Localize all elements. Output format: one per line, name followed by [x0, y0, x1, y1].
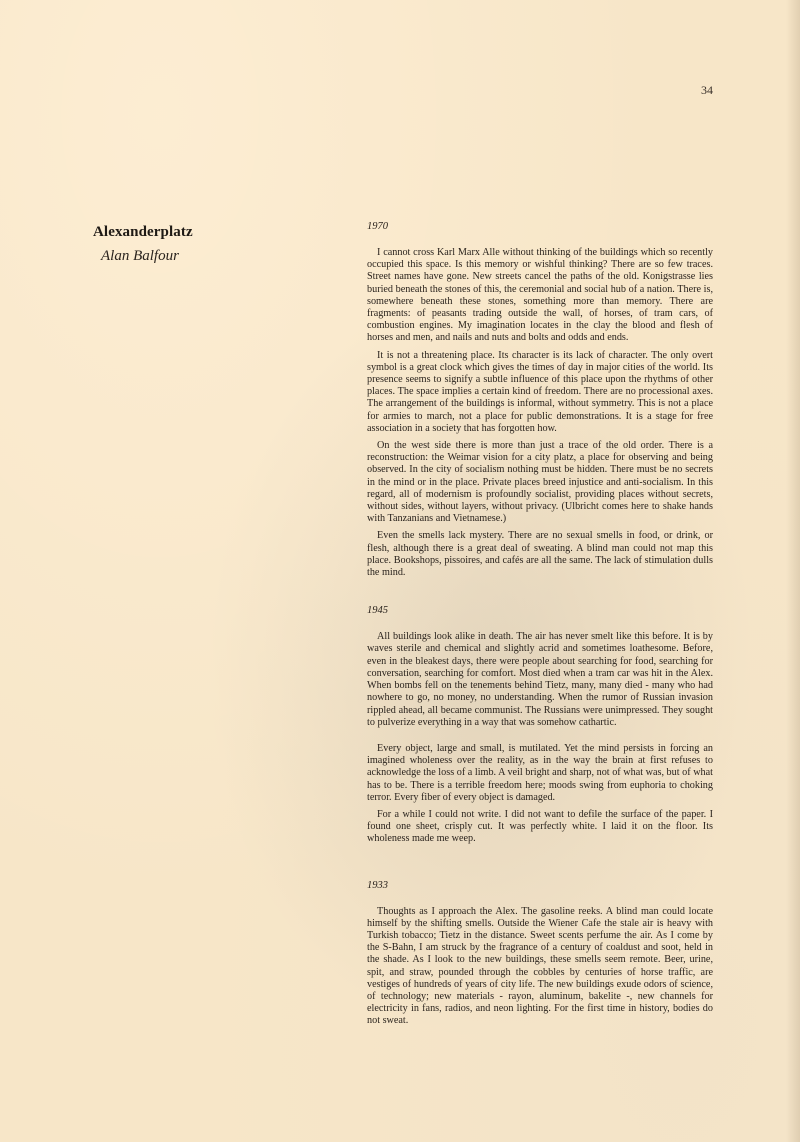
section-year: 1933 [367, 880, 713, 891]
section-1933: 1933 Thoughts as I approach the Alex. Th… [367, 880, 713, 1028]
paragraph: For a while I could not write. I did not… [367, 809, 713, 846]
section-year: 1970 [367, 221, 713, 232]
paragraph: Thoughts as I approach the Alex. The gas… [367, 906, 713, 1028]
article-author: Alan Balfour [101, 248, 193, 265]
paragraph: I cannot cross Karl Marx Alle without th… [367, 247, 713, 345]
paragraph: On the west side there is more than just… [367, 440, 713, 525]
article-header: Alexanderplatz Alan Balfour [93, 224, 193, 265]
page-edge-shadow [786, 0, 800, 1142]
article-body: 1970 I cannot cross Karl Marx Alle witho… [367, 221, 713, 1033]
section-year: 1945 [367, 605, 713, 616]
section-1970: 1970 I cannot cross Karl Marx Alle witho… [367, 221, 713, 579]
page-number: 34 [701, 83, 713, 98]
section-1945: 1945 All buildings look alike in death. … [367, 605, 713, 845]
paragraph: Every object, large and small, is mutila… [367, 743, 713, 804]
paragraph: Even the smells lack mystery. There are … [367, 530, 713, 579]
paragraph: All buildings look alike in death. The a… [367, 631, 713, 729]
paragraph: It is not a threatening place. Its chara… [367, 350, 713, 435]
article-title: Alexanderplatz [93, 224, 193, 241]
